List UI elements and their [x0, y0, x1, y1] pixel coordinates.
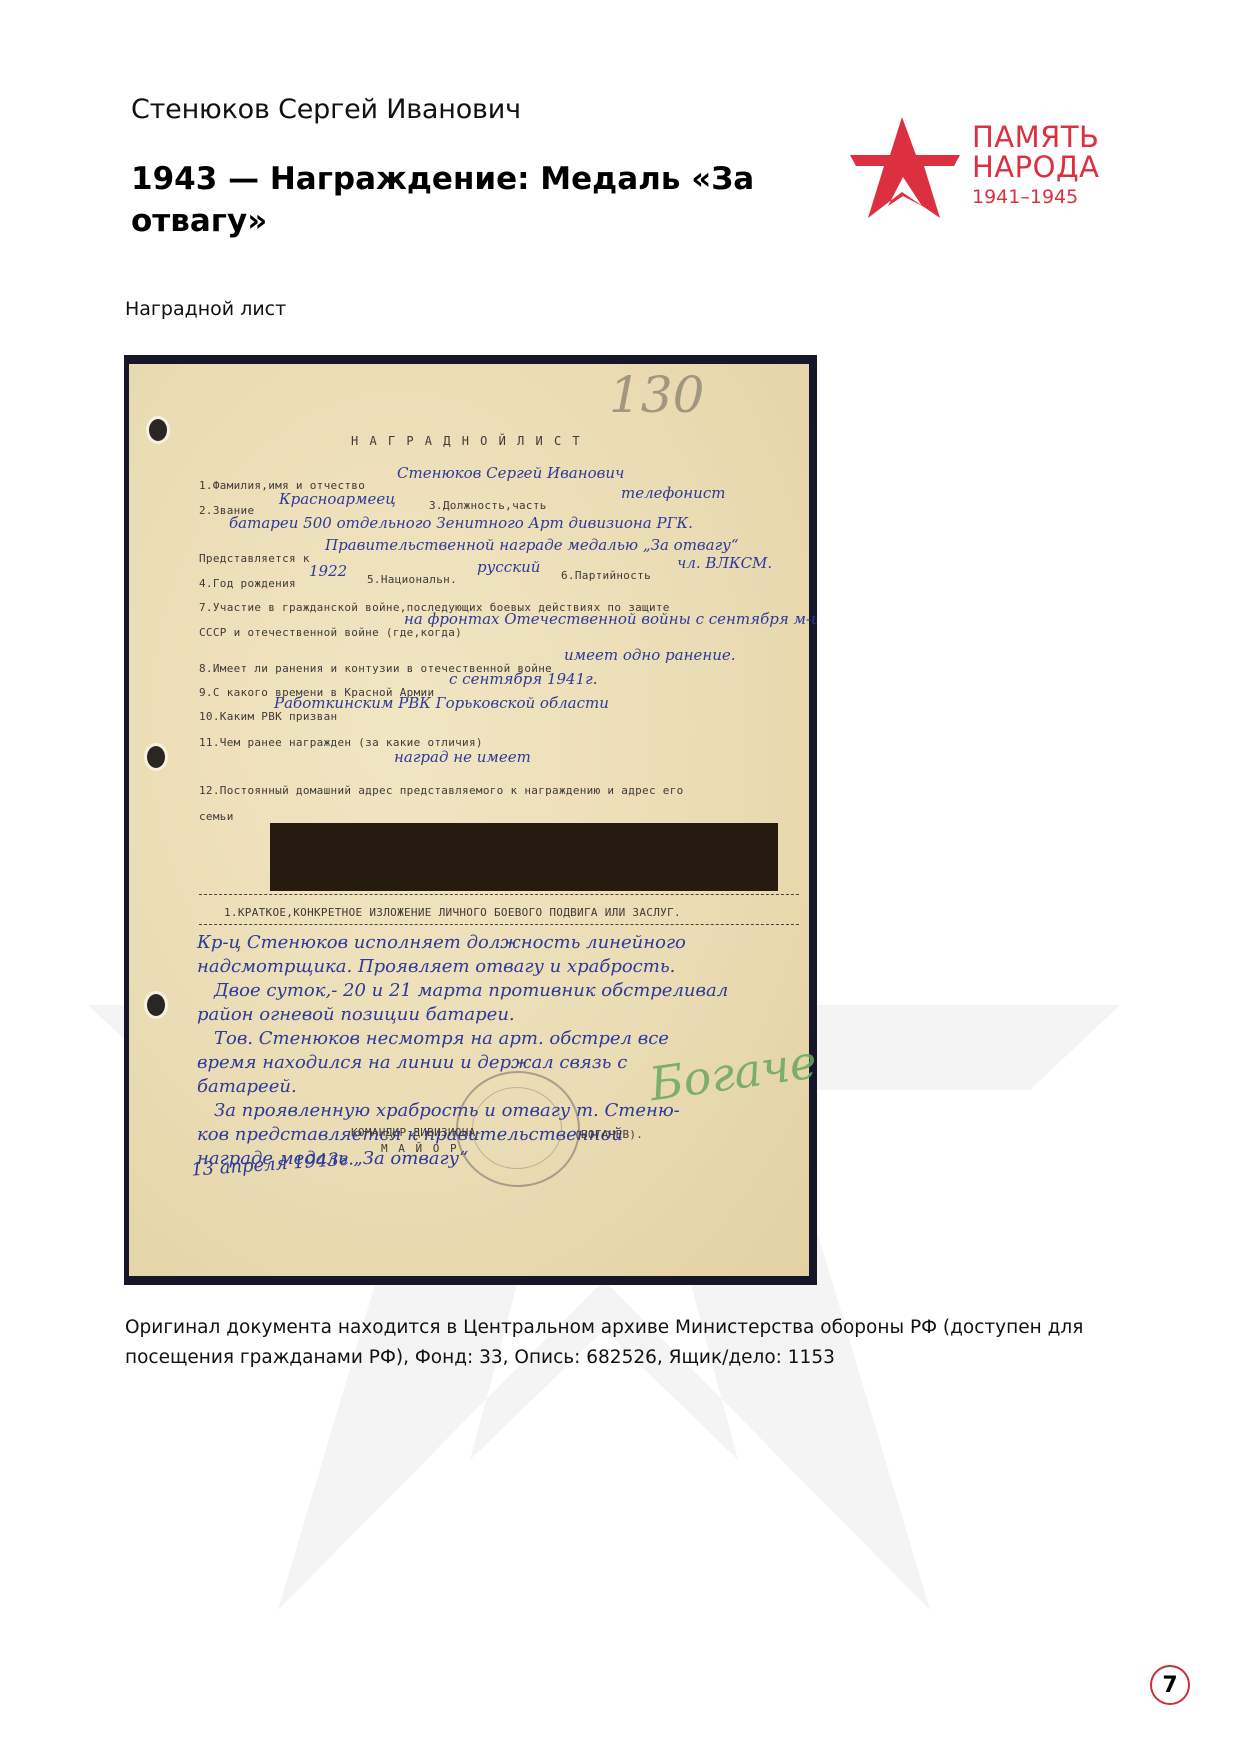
award-sheet-scan: 130 Н А Г Р А Д Н О Й Л И С Т 1.Фамилия,… — [124, 355, 817, 1285]
page-title: 1943 — Награждение: Медаль «За отвагу» — [131, 158, 791, 242]
page-number: 7 — [1150, 1665, 1190, 1705]
punch-hole — [149, 419, 167, 441]
redaction-box — [270, 823, 778, 891]
narrative-line: Тов. Стенюков несмотря на арт. обстрел в… — [214, 1028, 669, 1049]
divider — [199, 894, 799, 895]
narrative-line: батареей. — [197, 1076, 297, 1097]
field-value-nominated: Правительственной награде медалью „За от… — [325, 536, 739, 554]
field-value-unit: батареи 500 отдельного Зенитного Арт див… — [229, 514, 693, 532]
field-value-birth-year: 1922 — [309, 562, 347, 580]
narrative-line: район огневой позиции батареи. — [197, 1004, 515, 1025]
field-label-nominated: Представляется к — [199, 552, 310, 565]
section-heading: 1.КРАТКОЕ,КОНКРЕТНОЕ ИЗЛОЖЕНИЕ ЛИЧНОГО Б… — [224, 906, 681, 919]
signatory-name: (БОГАЧЕВ). — [574, 1128, 643, 1141]
person-name: Стенюков Сергей Иванович — [131, 94, 521, 125]
archive-caption: Оригинал документа находится в Центральн… — [125, 1313, 1125, 1373]
logo-line-2: НАРОДА — [972, 152, 1099, 182]
narrative-line: Двое суток,- 20 и 21 марта противник обс… — [214, 980, 728, 1001]
scan-title: Н А Г Р А Д Н О Й Л И С Т — [351, 434, 582, 448]
paper: 130 Н А Г Р А Д Н О Й Л И С Т 1.Фамилия,… — [129, 364, 809, 1276]
field-label-address-a: 12.Постоянный домашний адрес представляе… — [199, 784, 684, 797]
field-value-position: телефонист — [621, 484, 725, 502]
narrative-line: время находился на линии и держал связь … — [197, 1052, 627, 1073]
field-value-conscripted: Работкинским РВК Горьковской области — [274, 694, 609, 712]
field-value-name: Стенюков Сергей Иванович — [397, 464, 624, 482]
section-label: Наградной лист — [125, 298, 286, 320]
signature: Богачев — [646, 1031, 817, 1112]
narrative-line: надсмотрщика. Проявляет отвагу и храброс… — [197, 956, 675, 977]
field-label-nationality: 5.Национальн. — [367, 573, 457, 586]
punch-hole — [147, 746, 165, 768]
pencil-number: 130 — [609, 366, 704, 424]
field-label-birth-year: 4.Год рождения — [199, 577, 296, 590]
signatory-rank: М А Й О Р — [381, 1142, 459, 1155]
field-value-wounds: имеет одно ранение. — [564, 646, 736, 664]
field-label-address-b: семьи — [199, 810, 234, 823]
narrative-line: За проявленную храбрость и отвагу т. Сте… — [214, 1100, 680, 1121]
logo-line-1: ПАМЯТЬ — [972, 122, 1099, 152]
field-value-party: чл. ВЛКСМ. — [677, 554, 772, 572]
field-value-previous-awards: наград не имеет — [394, 748, 531, 766]
field-label-position: 3.Должность,часть — [429, 499, 547, 512]
field-value-service-start: с сентября 1941г. — [449, 670, 597, 688]
field-value-rank: Красноармеец — [279, 490, 396, 508]
narrative-line: Кр-ц Стенюков исполняет должность линейн… — [197, 932, 686, 953]
field-value-combat: на фронтах Отечественной войны с сентябр… — [404, 610, 817, 628]
field-label-party: 6.Партийность — [561, 569, 651, 582]
signatory-title: КОМАНДИР ДИВИЗИОНА- — [351, 1126, 483, 1139]
punch-hole — [147, 994, 165, 1016]
red-star-icon — [850, 114, 962, 222]
pamyat-naroda-logo: ПАМЯТЬ НАРОДА 1941–1945 — [850, 112, 1120, 224]
logo-years: 1941–1945 — [972, 184, 1099, 210]
field-value-nationality: русский — [477, 558, 540, 576]
divider — [199, 924, 799, 925]
